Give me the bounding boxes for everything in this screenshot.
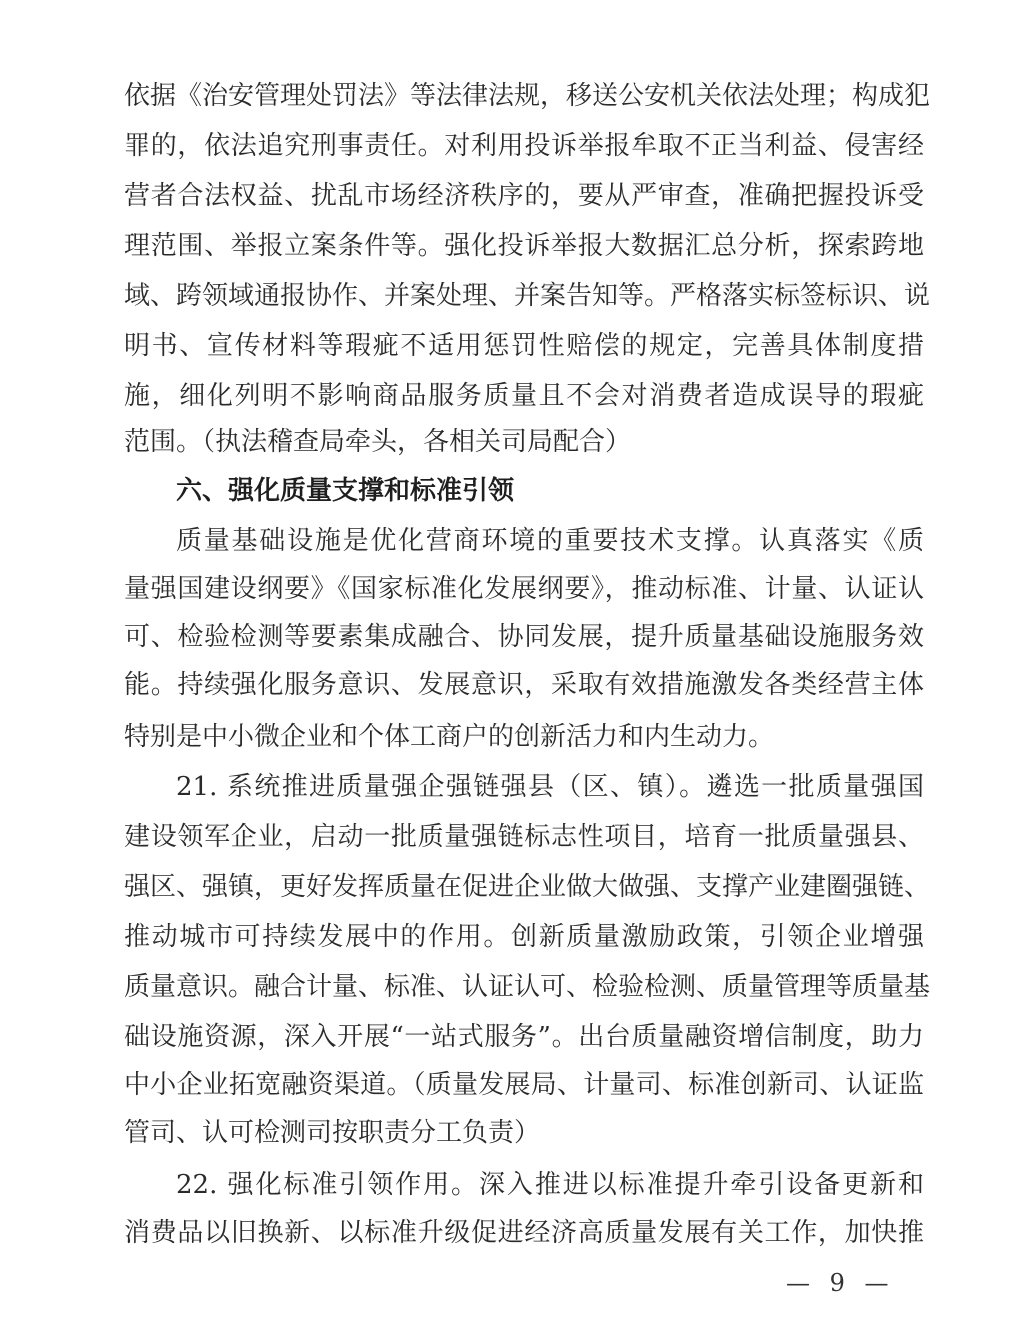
- body-text-line: 营者合法权益、扰乱市场经济秩序的，要从严审查，准确把握投诉受: [124, 179, 924, 213]
- body-text-line: 中小企业拓宽融资渠道。（质量发展局、计量司、标准创新司、认证监: [124, 1068, 924, 1102]
- body-text-line: 域、跨领域通报协作、并案处理、并案告知等。严格落实标签标识、说: [124, 279, 924, 313]
- body-text-line: 强区、强镇，更好发挥质量在促进企业做大做强、支撑产业建圈强链、: [124, 870, 924, 904]
- body-text-line: 础设施资源，深入开展“一站式服务”。出台质量融资增信制度，助力: [124, 1020, 924, 1054]
- body-text-line: 施，细化列明不影响商品服务质量且不会对消费者造成误导的瑕疵: [124, 379, 924, 413]
- document-page: 依据《治安管理处罚法》等法律法规，移送公安机关依法处理；构成犯 罪的，依法追究刑…: [0, 0, 1016, 1329]
- body-text-line: 依据《治安管理处罚法》等法律法规，移送公安机关依法处理；构成犯: [124, 79, 924, 113]
- body-text-line: 明书、宣传材料等瑕疵不适用惩罚性赔偿的规定，完善具体制度措: [124, 329, 924, 363]
- page-number: — 9 —: [786, 1268, 895, 1298]
- body-text-line: 理范围、举报立案条件等。强化投诉举报大数据汇总分析，探索跨地: [124, 229, 924, 263]
- body-text-line: 管司、认可检测司按职责分工负责）: [124, 1116, 924, 1150]
- item-21-title-line: 21. 系统推进质量强企强链强县（区、镇）。遴选一批质量强国: [176, 770, 924, 804]
- section-heading: 六、强化质量支撑和标准引领: [176, 474, 514, 508]
- item-22-title-line: 22. 强化标准引领作用。深入推进以标准提升牵引设备更新和: [176, 1168, 924, 1202]
- body-text-line: 能。持续强化服务意识、发展意识，采取有效措施激发各类经营主体: [124, 668, 924, 702]
- body-text-line: 可、检验检测等要素集成融合、协同发展，提升质量基础设施服务效: [124, 620, 924, 654]
- body-text-line: 质量意识。融合计量、标准、认证认可、检验检测、质量管理等质量基: [124, 970, 924, 1004]
- body-text-line: 质量基础设施是优化营商环境的重要技术支撑。认真落实《质: [176, 524, 924, 558]
- body-text-line: 特别是中小微企业和个体工商户的创新活力和内生动力。: [124, 720, 924, 754]
- body-text-line: 建设领军企业，启动一批质量强链标志性项目，培育一批质量强县、: [124, 820, 924, 854]
- body-text-line: 罪的，依法追究刑事责任。对利用投诉举报牟取不正当利益、侵害经: [124, 129, 924, 163]
- body-text-line: 范围。（执法稽查局牵头，各相关司局配合）: [124, 425, 924, 459]
- body-text-line: 量强国建设纲要》《国家标准化发展纲要》，推动标准、计量、认证认: [124, 572, 924, 606]
- body-text-line: 消费品以旧换新、以标准升级促进经济高质量发展有关工作，加快推: [124, 1216, 924, 1250]
- body-text-line: 推动城市可持续发展中的作用。创新质量激励政策，引领企业增强: [124, 920, 924, 954]
